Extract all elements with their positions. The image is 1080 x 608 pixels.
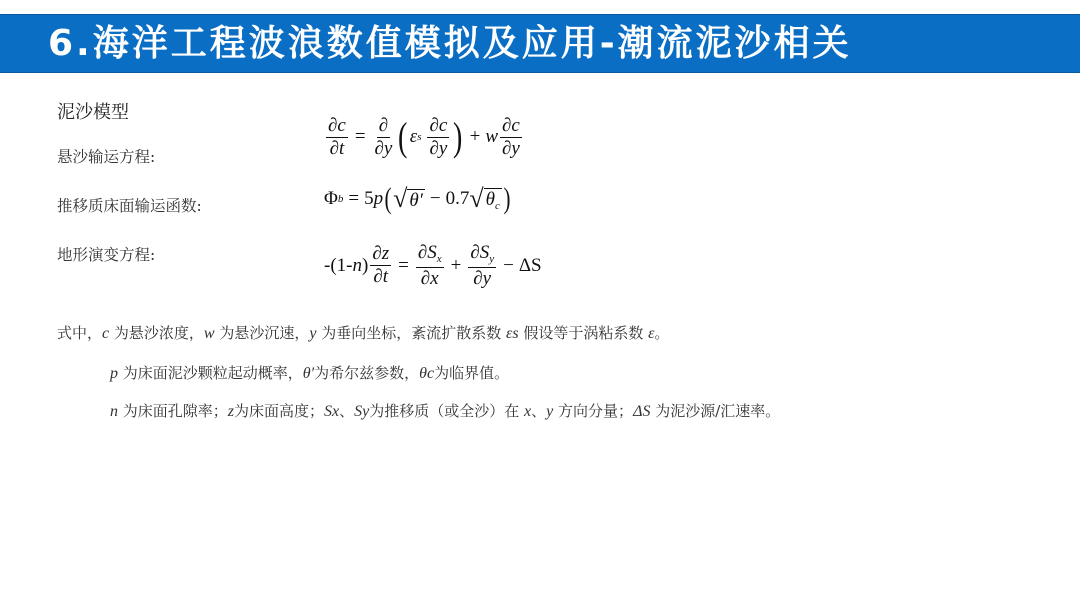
slide-title: 6.海洋工程波浪数值模拟及应用-潮流泥沙相关	[48, 21, 852, 67]
description-line-2: p 为床面泥沙颗粒起动概率，θ′为希尔兹参数，θc为临界值。	[110, 362, 509, 383]
right-paren: )	[453, 117, 462, 157]
equation-label-morphology: 地形演变方程:	[57, 243, 155, 265]
formula-suspended-transport: ∂c ∂t = ∂ ∂y ( εs ∂c ∂y ) + w ∂c ∂y	[324, 116, 524, 159]
left-paren: (	[385, 184, 392, 214]
equation-label-bedload-function: 推移质床面输运函数:	[57, 194, 202, 216]
fraction: ∂Sx ∂x	[416, 243, 444, 288]
description-line-3: n 为床面孔隙率；z为床面高度；Sx、Sy为推移质（或全沙）在 x、y 方向分量…	[110, 400, 780, 421]
radical-icon: √	[469, 186, 483, 212]
title-banner: 6.海洋工程波浪数值模拟及应用-潮流泥沙相关	[0, 14, 1080, 73]
fraction: ∂c ∂y	[500, 116, 522, 159]
formula-morphology: -(1-n) ∂z ∂t = ∂Sx ∂x + ∂Sy ∂y − ΔS	[324, 243, 542, 288]
sqrt: √ θ′	[393, 186, 425, 212]
fraction: ∂z ∂t	[370, 244, 391, 287]
left-paren: (	[398, 117, 407, 157]
right-paren: )	[503, 184, 510, 214]
formula-bedload-function: Φb = 5p ( √ θ′ − 0.7 √ θc )	[324, 184, 512, 214]
fraction: ∂c ∂t	[326, 116, 348, 159]
section-heading: 泥沙模型	[57, 98, 129, 124]
description-line-1: 式中，c 为悬沙浓度，w 为悬沙沉速，y 为垂向坐标，紊流扩散系数 εs 假设等…	[57, 322, 669, 343]
fraction: ∂c ∂y	[427, 116, 449, 159]
fraction: ∂Sy ∂y	[468, 243, 496, 288]
equation-label-suspended-transport: 悬沙输运方程:	[57, 145, 155, 167]
sqrt: √ θc	[469, 186, 502, 213]
fraction: ∂ ∂y	[373, 116, 395, 159]
radical-icon: √	[393, 186, 407, 212]
